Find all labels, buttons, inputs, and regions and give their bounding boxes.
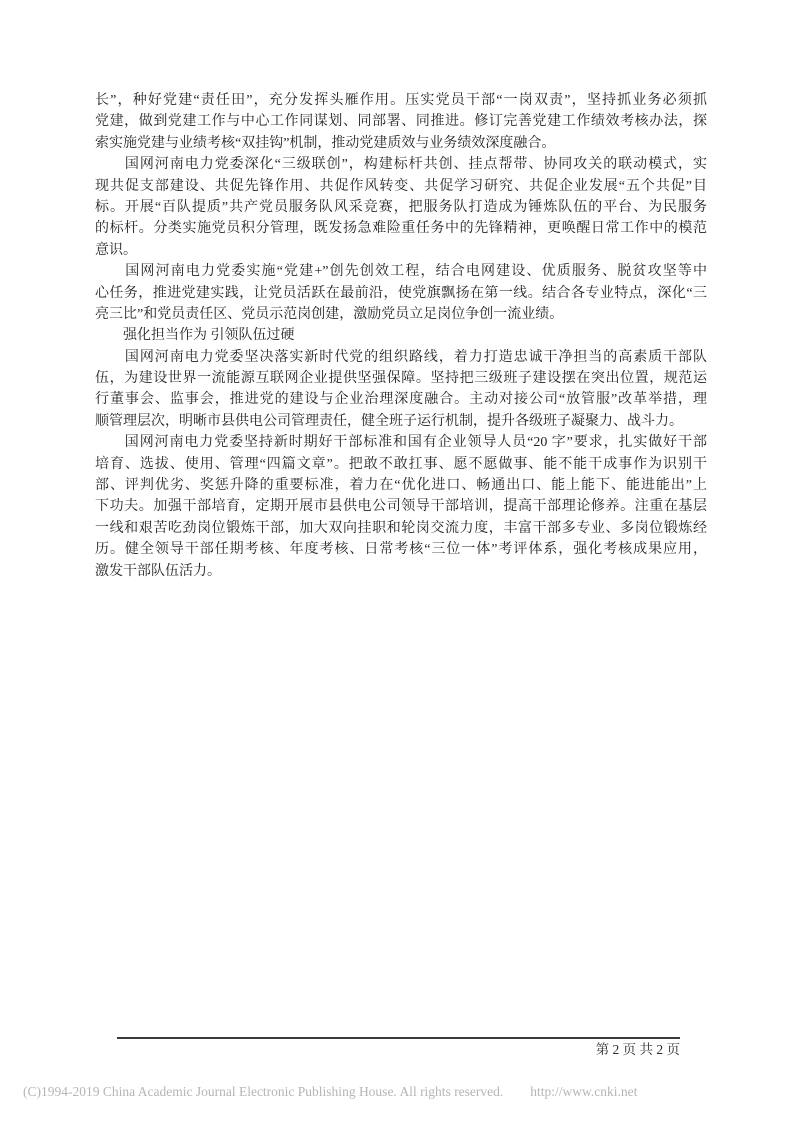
- text-line: 的标杆。分类实施党员积分管理，既发扬急难险重任务中的先锋精神，更唤醒日常工作中的…: [95, 218, 707, 239]
- footer-rule: [117, 1037, 680, 1039]
- text-line: 伍，为建设世界一流能源互联网企业提供坚强保障。坚持把三级班子建设摆在突出位置，规…: [95, 368, 707, 389]
- text-line: 下功夫。加强干部培育，定期开展市县供电公司领导干部培训，提高干部理论修养。注重在…: [95, 496, 707, 517]
- paragraph: 长”，种好党建“责任田”，充分发挥头雁作用。压实党员干部“一岗双责”，坚持抓业务…: [95, 90, 707, 154]
- text-line: 标。开展“百队提质”共产党员服务队风采竞赛，把服务队打造成为锤炼队伍的平台、为民…: [95, 197, 707, 218]
- text-line: 一线和艰苦吃劲岗位锻炼干部，加大双向挂职和轮岗交流力度，丰富干部多专业、多岗位锻…: [95, 518, 707, 539]
- document-page: 长”，种好党建“责任田”，充分发挥头雁作用。压实党员干部“一岗双责”，坚持抓业务…: [0, 0, 793, 1122]
- text-line: 现共促支部建设、共促先锋作用、共促作风转变、共促学习研究、共促企业发展“五个共促…: [95, 176, 707, 197]
- text-line: 意识。: [95, 240, 707, 261]
- text-line: 亮三比”和党员责任区、党员示范岗创建，激励党员立足岗位争创一流业绩。: [95, 304, 707, 325]
- text-line: 索实施党建与业绩考核“双挂钩”机制，推动党建质效与业务绩效深度融合。: [95, 133, 707, 154]
- copyright-text: (C)1994-2019 China Academic Journal Elec…: [23, 1084, 503, 1099]
- section-heading: 强化担当作为 引领队伍过硬: [95, 325, 707, 346]
- copyright-url: http://www.cnki.net: [530, 1084, 637, 1099]
- text-line: 历。健全领导干部任期考核、年度考核、日常考核“三位一体”考评体系，强化考核成果应…: [95, 539, 707, 560]
- text-line: 国网河南电力党委深化“三级联创”，构建标杆共创、挂点帮带、协同攻关的联动模式，实: [95, 154, 707, 175]
- copyright-notice: (C)1994-2019 China Academic Journal Elec…: [23, 1083, 783, 1100]
- text-line: 心任务，推进党建实践，让党员活跃在最前沿，使党旗飘扬在第一线。结合各专业特点，深…: [95, 283, 707, 304]
- text-line: 国网河南电力党委坚决落实新时代党的组织路线，着力打造忠诚干净担当的高素质干部队: [95, 347, 707, 368]
- text-line: 部、评判优劣、奖惩升降的重要标准，着力在“优化进口、畅通出口、能上能下、能进能出…: [95, 475, 707, 496]
- text-line: 行董事会、监事会，推进党的建设与企业治理深度融合。主动对接公司“放管服”改革举措…: [95, 389, 707, 410]
- paragraph: 国网河南电力党委实施“党建+”创先创效工程，结合电网建设、优质服务、脱贫攻坚等中…: [95, 261, 707, 325]
- text-line: 激发干部队伍活力。: [95, 561, 707, 582]
- text-line: 顺管理层次，明晰市县供电公司管理责任，健全班子运行机制，提升各级班子凝聚力、战斗…: [95, 411, 707, 432]
- text-line: 培育、选拔、使用、管理“四篇文章”。把敢不敢扛事、愿不愿做事、能不能干成事作为识…: [95, 454, 707, 475]
- page-indicator: 第 2 页 共 2 页: [117, 1041, 680, 1059]
- text-line: 长”，种好党建“责任田”，充分发挥头雁作用。压实党员干部“一岗双责”，坚持抓业务…: [95, 90, 707, 111]
- text-line: 国网河南电力党委实施“党建+”创先创效工程，结合电网建设、优质服务、脱贫攻坚等中: [95, 261, 707, 282]
- document-body: 长”，种好党建“责任田”，充分发挥头雁作用。压实党员干部“一岗双责”，坚持抓业务…: [95, 90, 707, 582]
- text-line: 强化担当作为 引领队伍过硬: [95, 325, 707, 346]
- text-line: 党建，做到党建工作与中心工作同谋划、同部署、同推进。修订完善党建工作绩效考核办法…: [95, 111, 707, 132]
- paragraph: 国网河南电力党委坚决落实新时代党的组织路线，着力打造忠诚干净担当的高素质干部队伍…: [95, 347, 707, 433]
- paragraph: 国网河南电力党委坚持新时期好干部标准和国有企业领导人员“20 字”要求，扎实做好…: [95, 432, 707, 582]
- text-line: 国网河南电力党委坚持新时期好干部标准和国有企业领导人员“20 字”要求，扎实做好…: [95, 432, 707, 453]
- paragraph: 国网河南电力党委深化“三级联创”，构建标杆共创、挂点帮带、协同攻关的联动模式，实…: [95, 154, 707, 261]
